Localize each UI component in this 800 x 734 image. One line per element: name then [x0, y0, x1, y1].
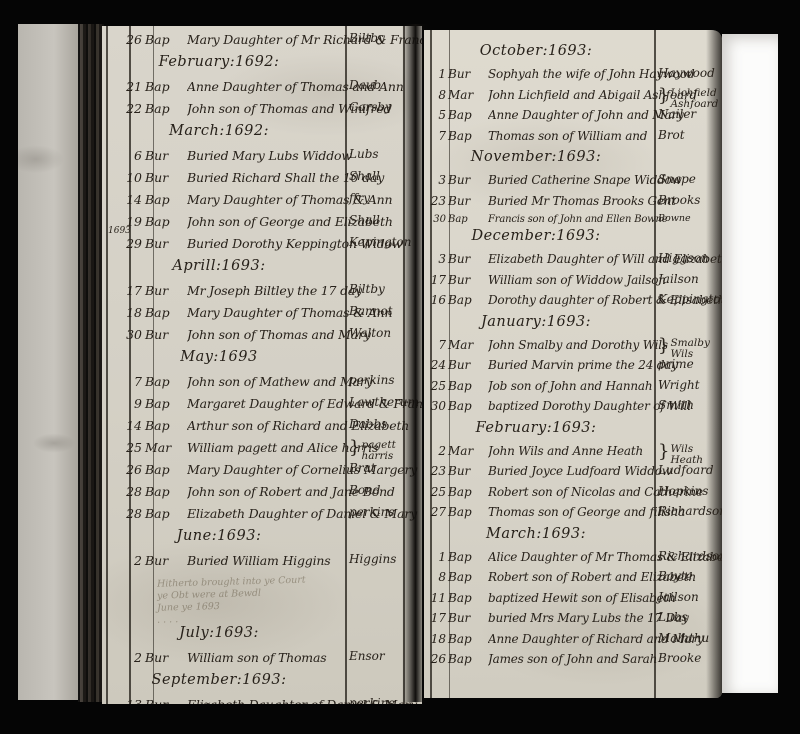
record-tag: Mar: [448, 444, 488, 458]
surname: Lubs: [658, 611, 688, 624]
day-number: 10: [102, 170, 145, 185]
surname: perkins: [349, 374, 395, 387]
record-tag: Bap: [448, 379, 488, 393]
record-tag: Bur: [448, 252, 488, 266]
day-number: 17: [424, 273, 448, 287]
surname-column: Higgson: [658, 252, 722, 265]
scan-left-margin: [18, 24, 78, 700]
month-header: January:1693:: [481, 314, 591, 330]
surname-column: prime: [658, 358, 722, 371]
surname: Carsby: [349, 101, 392, 114]
register-row: 13BurElizabeth Daughter of Daniel & Mary…: [102, 697, 422, 704]
surname: Shall: [349, 170, 380, 183]
record-tag: Bur: [448, 194, 488, 208]
record-tag: Bap: [448, 652, 488, 666]
marriage-brace-icon: }: [658, 444, 669, 460]
surname: Biltby: [349, 32, 385, 45]
record-tag: Bur: [448, 611, 488, 625]
register-row: 6BurBuried Mary Lubs WiddowLubs: [102, 148, 422, 170]
surname-column: Ludfoard: [658, 464, 722, 477]
surname-stack: Brooke: [658, 652, 701, 665]
surname-stack: Nailer: [658, 108, 696, 121]
record-tag: Bap: [448, 485, 488, 499]
surname: Richardson: [658, 550, 722, 563]
record-tag: Bur: [448, 464, 488, 478]
register-row: 3BurBuried Catherine Snape WiddowSnape: [424, 173, 722, 194]
surname-column: Brooks: [658, 194, 722, 207]
day-number: 14: [102, 418, 145, 433]
right-page-rows: October:1693:1BurSophyah the wife of Joh…: [424, 30, 722, 698]
surname: Snape: [658, 173, 696, 186]
surname-column: Hopkins: [658, 485, 722, 498]
day-number: 9: [102, 396, 145, 411]
surname-stack: Carsby: [349, 101, 392, 114]
record-tag: Bur: [145, 236, 187, 251]
surname-stack: Bowne: [658, 214, 691, 224]
day-number: 23: [424, 464, 448, 478]
month-header-row: March:1693:: [424, 526, 722, 550]
surname-stack: Hopkins: [658, 485, 708, 498]
surname-stack: perkins: [349, 697, 395, 704]
surname-stack: Lubs: [658, 611, 688, 624]
register-row: 28BapElizabeth Daughter of Daniel & Mary…: [102, 506, 422, 528]
register-row: 7BapThomas son of William andBrot: [424, 129, 722, 150]
surname: Daub: [349, 79, 381, 92]
surname-column: Richardson: [658, 550, 722, 563]
day-number: 26: [102, 462, 145, 477]
day-number: 30: [424, 214, 448, 225]
surname-stack: Haywood: [658, 67, 715, 80]
month-header-row: July:1693:: [102, 625, 422, 650]
day-number: 25: [424, 485, 448, 499]
record-tag: Bur: [448, 273, 488, 287]
faint-annotation: Hitherto brought into ye Courtye Obt wer…: [102, 575, 422, 625]
month-header: July:1693:: [179, 625, 259, 641]
surname: Ludfoard: [658, 464, 714, 477]
register-row: 27BapThomas son of George and filishaRic…: [424, 505, 722, 526]
day-number: 27: [424, 505, 448, 519]
month-header-row: January:1693:: [424, 314, 722, 338]
surname-stack: Jailson: [658, 591, 699, 604]
surname-column: Bowne: [658, 214, 722, 224]
surname-stack: perkins: [349, 506, 395, 519]
surname: Walton: [349, 327, 391, 340]
surname-stack: Lubs: [349, 148, 379, 161]
register-row: 25MarWilliam pagett and Alice harris}pag…: [102, 440, 422, 462]
surname-stack: Biltby: [349, 32, 385, 45]
record-tag: Bap: [448, 591, 488, 605]
register-row: 18BapAnne Daughter of Richard and MaryMa…: [424, 632, 722, 653]
day-number: 1: [424, 550, 448, 564]
surname: Boyte: [658, 570, 693, 583]
month-header: October:1693:: [480, 43, 593, 59]
surname-stack: Smith: [658, 399, 694, 412]
surname-column: Haywood: [658, 67, 722, 80]
record-tag: Bur: [145, 148, 187, 163]
surname: Wils: [670, 444, 703, 455]
day-number: 7: [424, 338, 448, 352]
record-tag: Bap: [448, 108, 488, 122]
month-header-row: March:1692:: [102, 123, 422, 148]
record-tag: Bur: [448, 173, 488, 187]
month-header: May:1693: [180, 349, 257, 365]
register-row: 29BurBuried Dorothy Keppington WidowKepi…: [102, 236, 422, 258]
record-tag: Bap: [448, 550, 488, 564]
left-page-rows: 26BapMary Daughter of Mr Richard & Franc…: [102, 26, 422, 704]
surname-stack: Wright: [658, 379, 700, 392]
surname-column: Boyte: [658, 570, 722, 583]
surname: Bowne: [658, 214, 691, 224]
record-tag: Bap: [145, 418, 187, 433]
surname-stack: Biltby: [349, 283, 385, 296]
register-row: 24BurBuried Marvin prime the 24 dayprime: [424, 358, 722, 379]
register-row: 5BapAnne Daughter of John and MaryNailer: [424, 108, 722, 129]
surname: Shall: [349, 214, 380, 227]
register-row: 9BapMargaret Daughter of Edward & France…: [102, 396, 422, 418]
surname-stack: Brot: [658, 129, 685, 142]
month-header: December:1693:: [471, 228, 600, 244]
surname-column: Brooke: [658, 652, 722, 665]
day-number: 17: [102, 283, 145, 298]
register-row: 30BurJohn son of Thomas and MaryWalton: [102, 327, 422, 349]
surname-stack: Ludfoard: [658, 464, 714, 477]
record-tag: Bap: [145, 214, 187, 229]
surname: Smith: [658, 399, 694, 412]
month-header: Aprill:1693:: [172, 258, 265, 274]
day-number: 30: [102, 327, 145, 342]
surname-column: Richardson: [658, 505, 722, 518]
record-tag: Bap: [448, 399, 488, 413]
register-row: 7BapJohn son of Mathew and Maryperkins: [102, 374, 422, 396]
register-row: 2BurWilliam son of ThomasEnsor: [102, 650, 422, 672]
register-row: 16BapDorothy daughter of Robert & Elisab…: [424, 293, 722, 314]
surname: Lichfield: [670, 88, 718, 99]
record-tag: Bur: [145, 650, 187, 665]
register-row: 14BapArthur son of Richard and Elizabeth…: [102, 418, 422, 440]
surname-stack: Shall: [349, 170, 380, 183]
surname-stack: Walton: [349, 327, 391, 340]
surname-column: Keppington: [658, 293, 722, 306]
day-number: 21: [102, 79, 145, 94]
month-header: February:1692:: [159, 54, 280, 70]
register-row: 8BapRobert son of Robert and ElizabethBo…: [424, 570, 722, 591]
register-row: 1BurSophyah the wife of John HaywoodHayw…: [424, 67, 722, 88]
day-number: 1: [424, 67, 448, 81]
register-row: 19BapJohn son of George and Elizabeth169…: [102, 214, 422, 236]
surname-column: Lubs: [658, 611, 722, 624]
surname-column: Brot: [658, 129, 722, 142]
day-number: 8: [424, 570, 448, 584]
surname-stack: Daub: [349, 79, 381, 92]
surname: Brooke: [658, 652, 701, 665]
day-number: 8: [424, 88, 448, 102]
record-tag: Bur: [448, 67, 488, 81]
register-row: 3BurElizabeth Daughter of Will and Eliza…: [424, 252, 722, 273]
day-number: 5: [424, 108, 448, 122]
day-number: 6: [102, 148, 145, 163]
month-header-row: October:1693:: [424, 43, 722, 67]
register-row: 25BapRobert son of Nicolas and Catherine…: [424, 485, 722, 506]
record-tag: Bap: [145, 101, 187, 116]
record-tag: Bur: [145, 170, 187, 185]
surname-stack: Brooks: [658, 194, 700, 207]
year-note: 1693: [108, 226, 131, 236]
surname-column: Wright: [658, 379, 722, 392]
day-number: 18: [102, 305, 145, 320]
register-scan: 26BapMary Daughter of Mr Richard & Franc…: [0, 0, 800, 734]
surname-stack: Snape: [658, 173, 696, 186]
record-tag: Bap: [145, 79, 187, 94]
day-number: 28: [102, 484, 145, 499]
record-tag: Bap: [145, 374, 187, 389]
month-header: November:1693:: [471, 149, 601, 165]
surname-stack: Malhthu: [658, 632, 709, 645]
day-number: 3: [424, 252, 448, 266]
day-number: 24: [424, 358, 448, 372]
surname: perkins: [349, 697, 395, 704]
surname-stack: Brat: [349, 462, 376, 475]
day-number: 13: [102, 697, 145, 704]
surname-stack: pagettharris: [361, 440, 395, 462]
register-row: 25BapJob son of John and HannahWright: [424, 379, 722, 400]
register-row: 28BapJohn son of Robert and Jane BondBon…: [102, 484, 422, 506]
scan-right-margin: [722, 34, 778, 693]
surname: Brat: [349, 462, 376, 475]
month-header-row: November:1693:: [424, 149, 722, 173]
surname-stack: prime: [658, 358, 694, 371]
register-row: 30BapFrancis son of John and Ellen Bowne…: [424, 214, 722, 228]
day-number: 17: [424, 611, 448, 625]
register-row: 10BurBuried Richard Shall the 10 dayShal…: [102, 170, 422, 192]
day-number: 29: [102, 236, 145, 251]
surname-stack: Richardson: [658, 505, 722, 518]
register-row: 17BurWilliam son of Widdow JailsonJailso…: [424, 273, 722, 294]
record-tag: Bap: [145, 32, 187, 47]
surname-stack: Higgins: [349, 553, 396, 566]
month-header: March:1692:: [169, 123, 269, 139]
surname-column: Nailer: [658, 108, 722, 121]
day-number: 2: [102, 553, 145, 568]
record-tag: Bap: [448, 570, 488, 584]
month-header: February:1693:: [476, 420, 597, 436]
surname: Dabbs: [349, 418, 387, 431]
day-number: 3: [424, 173, 448, 187]
right-page: October:1693:1BurSophyah the wife of Joh…: [424, 30, 722, 698]
surname: Brooks: [658, 194, 700, 207]
record-tag: Bap: [145, 462, 187, 477]
register-row: 2MarJohn Wils and Anne Heath}WilsHeath: [424, 444, 722, 465]
record-tag: Bur: [145, 697, 187, 704]
register-row: 17Burburied Mrs Mary Lubs the 17 DayLubs: [424, 611, 722, 632]
surname: Smalby: [670, 338, 709, 349]
surname: Richardson: [658, 505, 722, 518]
surname: Malhthu: [658, 632, 709, 645]
surname-stack: ffry: [349, 192, 370, 205]
surname: Ensor: [349, 650, 385, 663]
record-tag: Mar: [448, 338, 488, 352]
register-row: 26BapMary Daughter of Cornelius MargeryB…: [102, 462, 422, 484]
surname-stack: Boyte: [658, 570, 693, 583]
surname: Nailer: [658, 108, 696, 121]
register-row: 1BapAlice Daughter of Mr Thomas & Elizab…: [424, 550, 722, 571]
marriage-brace-icon: }: [349, 440, 360, 456]
surname: Higgson: [658, 252, 709, 265]
record-tag: Bur: [145, 327, 187, 342]
surname-column: Jailson: [658, 273, 722, 286]
register-row: 30Bapbaptized Dorothy Daughter of WillSm…: [424, 399, 722, 420]
surname-stack: Ensor: [349, 650, 385, 663]
register-row: 22BapJohn son of Thomas and WinifredCars…: [102, 101, 422, 123]
surname: Hopkins: [658, 485, 708, 498]
record-tag: Bap: [448, 129, 488, 143]
day-number: 23: [424, 194, 448, 208]
register-row: 7MarJohn Smalby and Dorothy Wils}SmalbyW…: [424, 338, 722, 359]
day-number: 2: [102, 650, 145, 665]
surname: ffry: [349, 192, 370, 205]
day-number: 28: [102, 506, 145, 521]
surname-column: Snape: [658, 173, 722, 186]
register-row: 23BurBuried Joyce Ludfoard WiddowLudfoar…: [424, 464, 722, 485]
surname-stack: Richardson: [658, 550, 722, 563]
month-header: March:1693:: [486, 526, 586, 542]
register-row: 14BapMary Daughter of Thomas & Annffry: [102, 192, 422, 214]
month-header-row: June:1693:: [102, 528, 422, 553]
record-tag: Bur: [145, 553, 187, 568]
surname: Jailson: [658, 591, 699, 604]
day-number: 26: [424, 652, 448, 666]
month-header: September:1693:: [152, 672, 287, 688]
surname-stack: Jailson: [658, 273, 699, 286]
month-header-row: February:1692:: [102, 54, 422, 79]
register-row: 26BapMary Daughter of Mr Richard & Franc…: [102, 32, 422, 54]
marriage-brace-icon: }: [658, 88, 669, 104]
surname: Higgins: [349, 553, 396, 566]
day-number: 14: [102, 192, 145, 207]
surname: Bannot: [349, 305, 392, 318]
left-page: 26BapMary Daughter of Mr Richard & Franc…: [102, 26, 422, 704]
surname-column: Smith: [658, 399, 722, 412]
day-number: 7: [102, 374, 145, 389]
month-header: June:1693:: [177, 528, 262, 544]
surname: Keppington: [658, 293, 722, 306]
day-number: 11: [424, 591, 448, 605]
surname: Haywood: [658, 67, 715, 80]
month-header-row: September:1693:: [102, 672, 422, 697]
surname: Wright: [658, 379, 700, 392]
day-number: 22: [102, 101, 145, 116]
surname: Jailson: [658, 273, 699, 286]
day-number: 7: [424, 129, 448, 143]
month-header-row: December:1693:: [424, 228, 722, 252]
day-number: 26: [102, 32, 145, 47]
record-tag: Bap: [448, 214, 488, 225]
day-number: 18: [424, 632, 448, 646]
surname-stack: Higgson: [658, 252, 709, 265]
record-tag: Bur: [448, 358, 488, 372]
record-tag: Bur: [145, 283, 187, 298]
month-header-row: May:1693: [102, 349, 422, 374]
record-tag: Bap: [448, 632, 488, 646]
surname: prime: [658, 358, 694, 371]
record-tag: Bap: [145, 305, 187, 320]
record-tag: Bap: [448, 505, 488, 519]
register-row: 8MarJohn Lichfield and Abigail Ashfoard}…: [424, 88, 722, 109]
record-tag: Bap: [145, 192, 187, 207]
record-tag: Bap: [145, 396, 187, 411]
surname: Biltby: [349, 283, 385, 296]
day-number: 16: [424, 293, 448, 307]
surname-stack: Keppington: [658, 293, 722, 306]
day-number: 25: [102, 440, 145, 455]
record-tag: Mar: [448, 88, 488, 102]
surname-stack: Shall: [349, 214, 380, 227]
surname: Brot: [658, 129, 685, 142]
month-header-row: February:1693:: [424, 420, 722, 444]
record-tag: Bap: [448, 293, 488, 307]
book-spine: [78, 24, 104, 702]
month-header-row: Aprill:1693:: [102, 258, 422, 283]
marriage-brace-icon: }: [658, 338, 669, 354]
register-row: 11Bapbaptized Hewit son of ElisabethJail…: [424, 591, 722, 612]
register-row: 23BurBuried Mr Thomas Brooks GentBrooks: [424, 194, 722, 215]
surname: Lubs: [349, 148, 379, 161]
surname-column: Malhthu: [658, 632, 722, 645]
surname-stack: perkins: [349, 374, 395, 387]
day-number: 25: [424, 379, 448, 393]
surname-stack: Bannot: [349, 305, 392, 318]
register-row: 17BurMr Joseph Biltley the 17 dayBiltby: [102, 283, 422, 305]
record-tag: Bap: [145, 484, 187, 499]
register-row: 18BapMary Daughter of Thomas & AnnBannot: [102, 305, 422, 327]
day-number: 2: [424, 444, 448, 458]
register-row: 26BapJames son of John and SarahBrooke: [424, 652, 722, 673]
surname: Bond: [349, 484, 380, 497]
surname-column: Jailson: [658, 591, 722, 604]
record-tag: Bap: [145, 506, 187, 521]
record-tag: Mar: [145, 440, 187, 455]
day-number: 30: [424, 399, 448, 413]
surname-stack: Dabbs: [349, 418, 387, 431]
register-row: 21BapAnne Daughter of Thomas and AnnDaub: [102, 79, 422, 101]
surname: perkins: [349, 506, 395, 519]
surname-stack: Bond: [349, 484, 380, 497]
